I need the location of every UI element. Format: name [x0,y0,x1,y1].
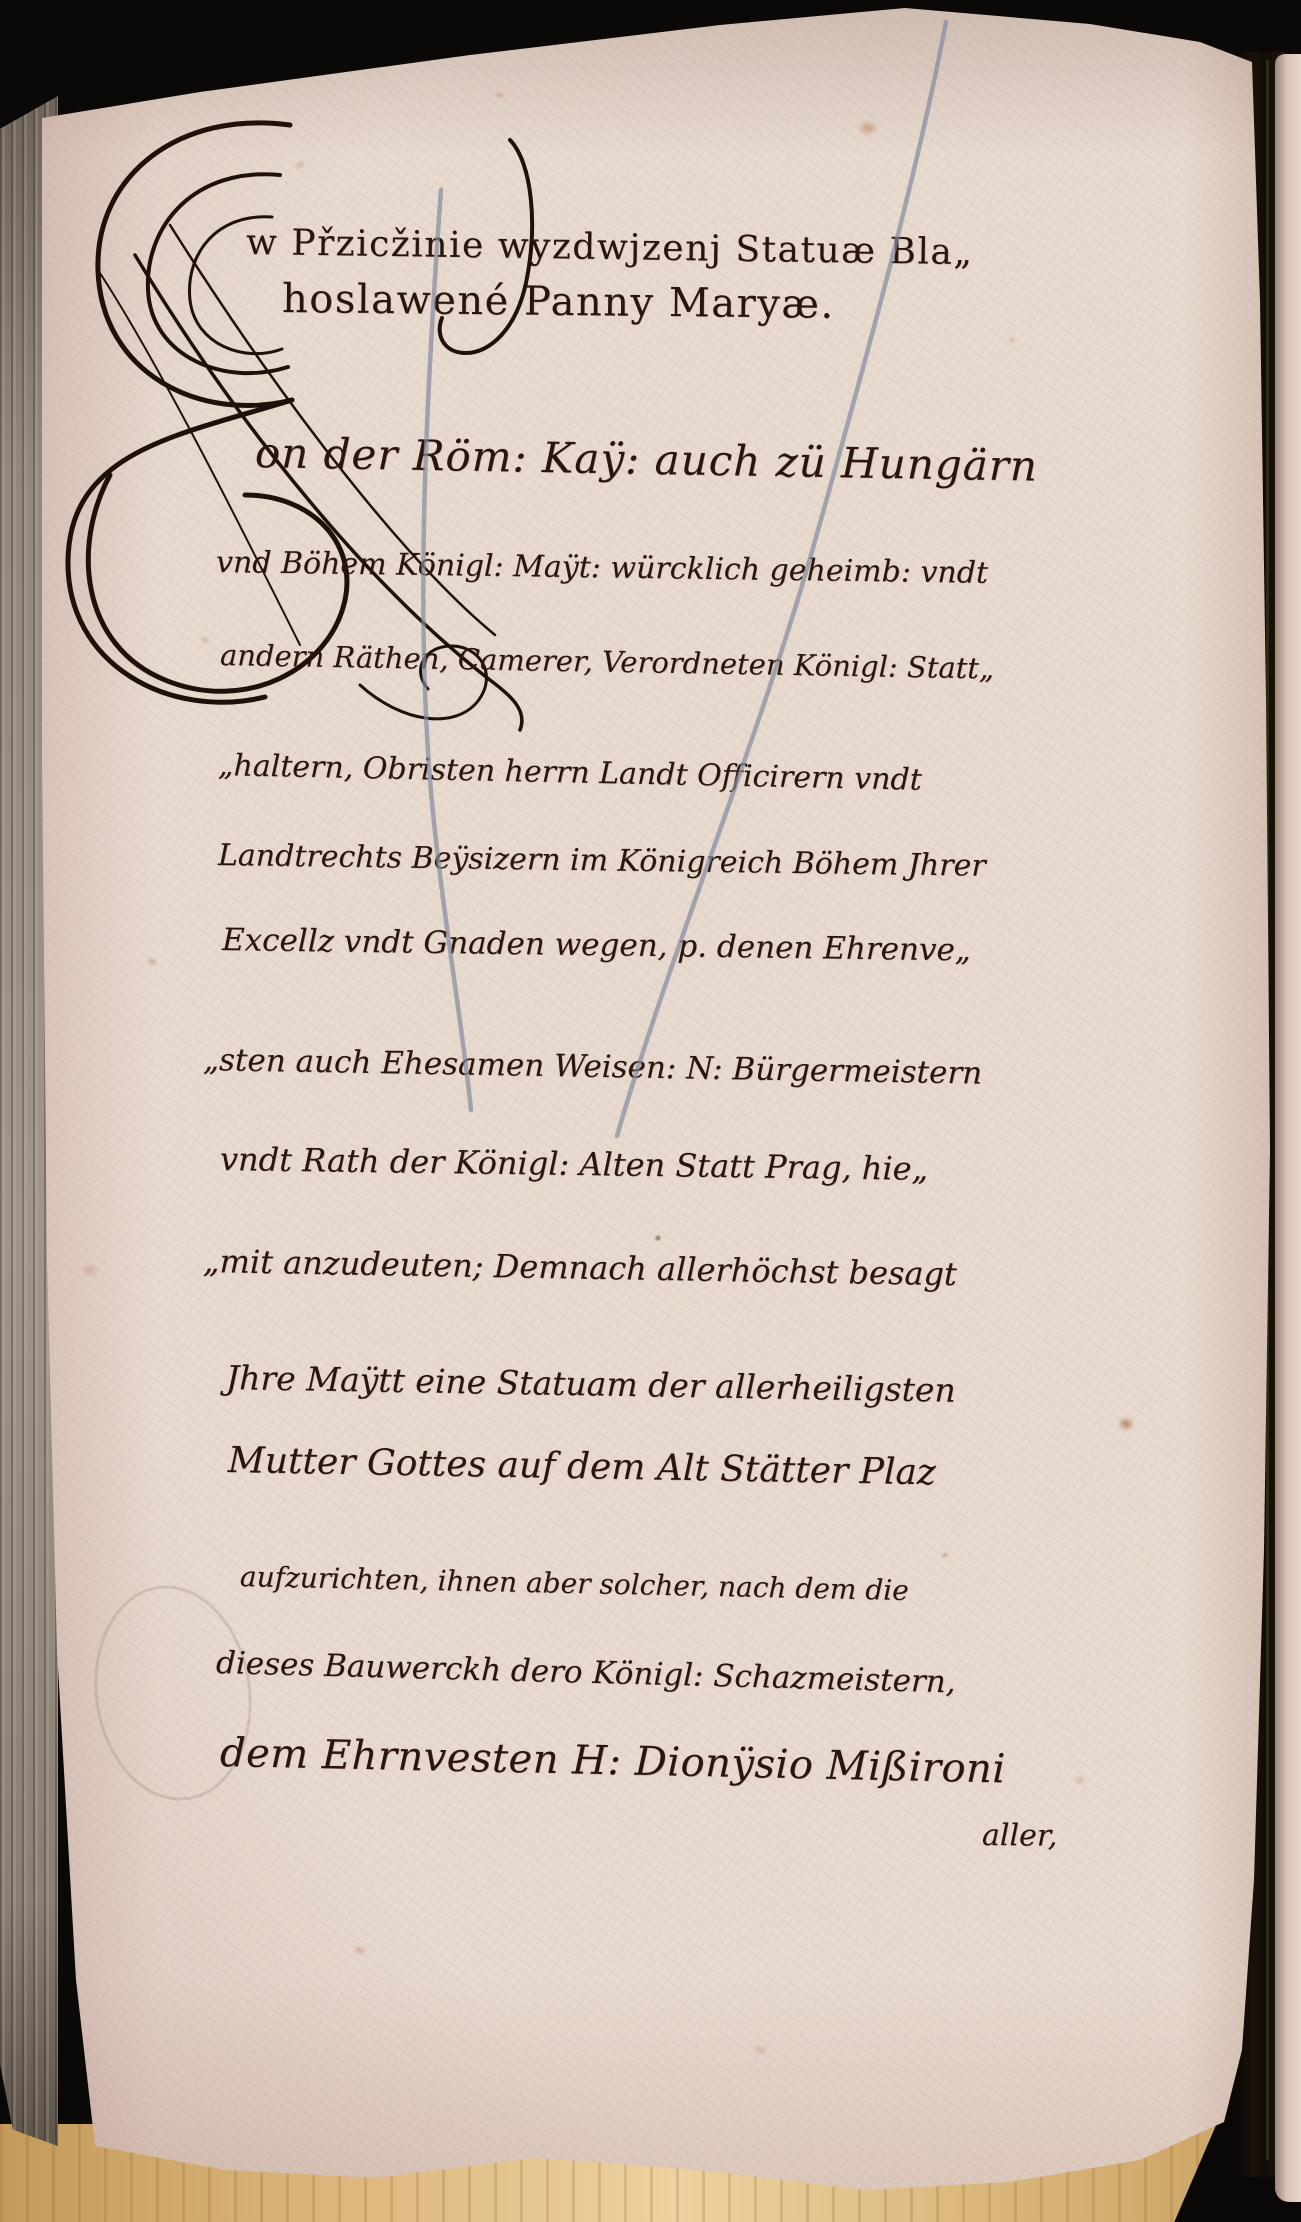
pencil-strokes [0,0,1301,2222]
next-page-edge [1275,54,1301,2202]
manuscript-page: w Přzicžinie wyzdwjzenj Statuæ Bla„hosla… [0,0,1301,2222]
manuscript-photo: { "manuscript": { "language_note_visible… [0,0,1301,2222]
pencil-stroke-left [423,190,471,1110]
photo-scene: w Přzicžinie wyzdwjzenj Statuæ Bla„hosla… [0,0,1301,2222]
pencil-stroke-right [617,22,946,1136]
